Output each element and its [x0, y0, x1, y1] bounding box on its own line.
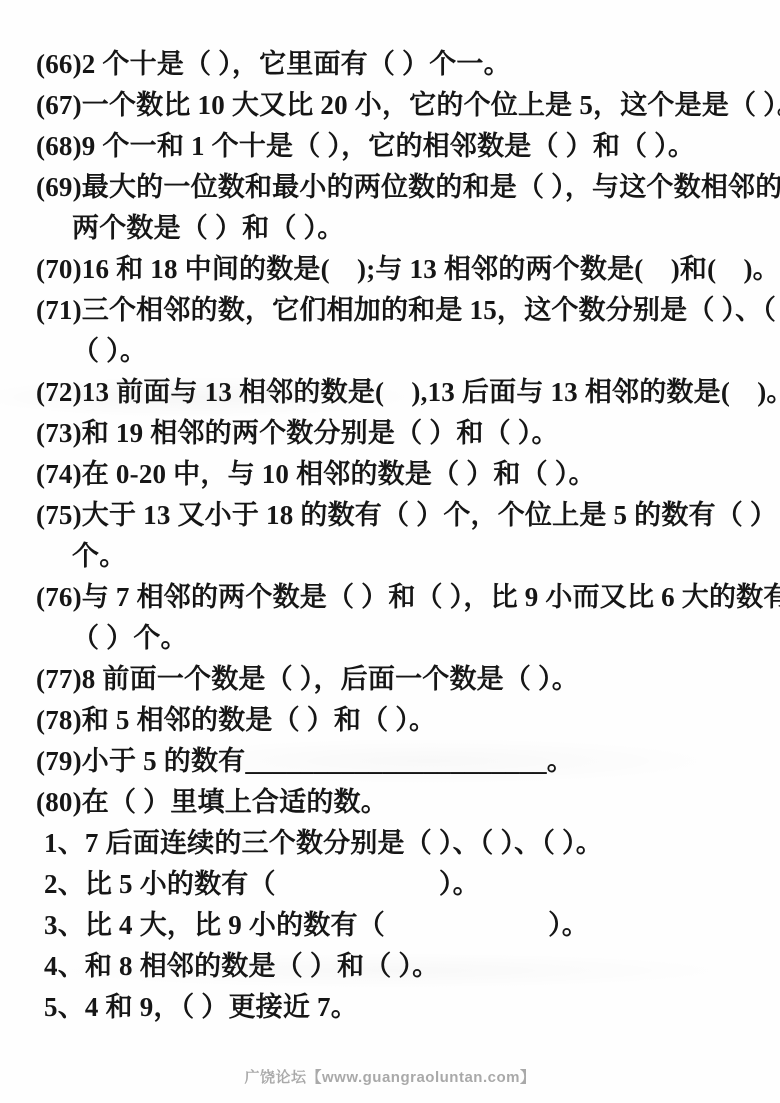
worksheet-line: (72)13 前面与 13 相邻的数是( ),13 后面与 13 相邻的数是( …	[36, 372, 780, 413]
question-list: (66)2 个十是（ ），它里面有（ ）个一。(67)一个数比 10 大又比 2…	[36, 44, 780, 1028]
footer-watermark: 广饶论坛【www.guangraoluntan.com】	[0, 1066, 780, 1087]
worksheet-line: (69)最大的一位数和最小的两位数的和是（ ），与这个数相邻的；	[36, 167, 780, 208]
worksheet-page: (66)2 个十是（ ），它里面有（ ）个一。(67)一个数比 10 大又比 2…	[0, 0, 780, 1103]
worksheet-line: (76)与 7 相邻的两个数是（ ）和（ ），比 9 小而又比 6 大的数有	[36, 577, 780, 618]
worksheet-line: (75)大于 13 又小于 18 的数有（ ）个，个位上是 5 的数有（ ）	[36, 495, 780, 536]
worksheet-line: 2、比 5 小的数有（ ）。	[36, 864, 780, 905]
worksheet-line: (78)和 5 相邻的数是（ ）和（ ）。	[36, 700, 780, 741]
worksheet-line: (68)9 个一和 1 个十是（ ），它的相邻数是（ ）和（ ）。	[36, 126, 780, 167]
worksheet-line: 两个数是（ ）和（ ）。	[36, 208, 780, 249]
worksheet-line: 个。	[36, 536, 780, 577]
worksheet-line: (77)8 前面一个数是（ ），后面一个数是（ ）。	[36, 659, 780, 700]
worksheet-line: (66)2 个十是（ ），它里面有（ ）个一。	[36, 44, 780, 85]
worksheet-line: （ ）。	[36, 331, 780, 372]
worksheet-line: (73)和 19 相邻的两个数分别是（ ）和（ ）。	[36, 413, 780, 454]
worksheet-line: 5、4 和 9，（ ）更接近 7。	[36, 987, 780, 1028]
worksheet-line: (71)三个相邻的数，它们相加的和是 15，这个数分别是（ ）、（ ）、	[36, 290, 780, 331]
worksheet-line: 1、7 后面连续的三个数分别是（ ）、（ ）、（ ）。	[36, 823, 780, 864]
worksheet-line: 3、比 4 大，比 9 小的数有（ ）。	[36, 905, 780, 946]
worksheet-line: (74)在 0-20 中，与 10 相邻的数是（ ）和（ ）。	[36, 454, 780, 495]
worksheet-line: 4、和 8 相邻的数是（ ）和（ ）。	[36, 946, 780, 987]
worksheet-line: (67)一个数比 10 大又比 20 小，它的个位上是 5，这个是是（ ）。	[36, 85, 780, 126]
worksheet-line: (70)16 和 18 中间的数是( );与 13 相邻的两个数是( )和( )…	[36, 249, 780, 290]
worksheet-line: (79)小于 5 的数有______________________。	[36, 741, 780, 782]
worksheet-line: (80)在（ ）里填上合适的数。	[36, 782, 780, 823]
worksheet-line: （ ）个。	[36, 618, 780, 659]
